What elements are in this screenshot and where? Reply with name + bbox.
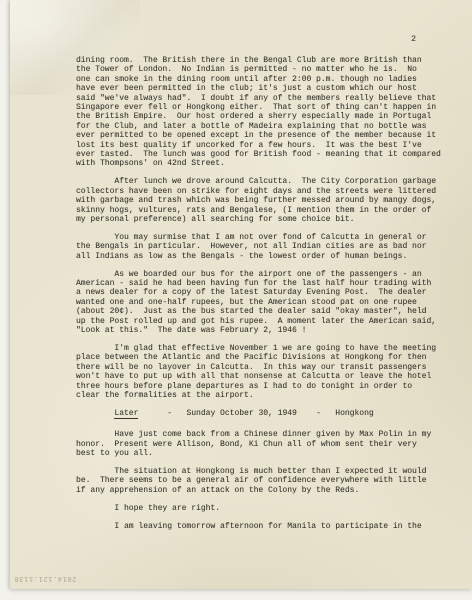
paragraph-hope-right: I hope they are right. (76, 504, 450, 513)
letter-page: 2 dining room. The British there in the … (10, 0, 472, 589)
heading-separator-2: - (297, 409, 335, 418)
paragraph-after-lunch: After lunch we drove around Calcutta. Th… (76, 177, 450, 224)
paragraph-chinese-dinner: Have just come back from a Chinese dinne… (76, 430, 450, 458)
later-label: Later (114, 409, 138, 420)
paragraph-leaving-manila: I am leaving tomorrow afternoon for Mani… (76, 522, 450, 531)
heading-indent (76, 409, 114, 418)
letter-body: dining room. The British there in the Be… (76, 56, 450, 540)
heading-date: Sunday October 30, 1949 (186, 409, 296, 418)
paragraph-november-1: I'm glad that effective November 1 we ar… (76, 344, 450, 400)
heading-place: Hongkong (335, 409, 373, 418)
heading-separator-1: - (138, 409, 186, 418)
scan-background: 2 dining room. The British there in the … (0, 0, 472, 600)
paragraph-bus-airport: As we boarded our bus for the airport on… (76, 270, 450, 336)
later-heading: Later - Sunday October 30, 1949 - Hongko… (76, 409, 450, 418)
page-number: 2 (411, 34, 416, 44)
paragraph-surmise: You may surmise that I am not over fond … (76, 233, 450, 261)
paragraph-situation-hongkong: The situation at Hongkong is much better… (76, 467, 450, 495)
pencil-accession-number: 2014.121.1138 (14, 574, 76, 582)
paragraph-dining-room: dining room. The British there in the Be… (76, 56, 450, 169)
